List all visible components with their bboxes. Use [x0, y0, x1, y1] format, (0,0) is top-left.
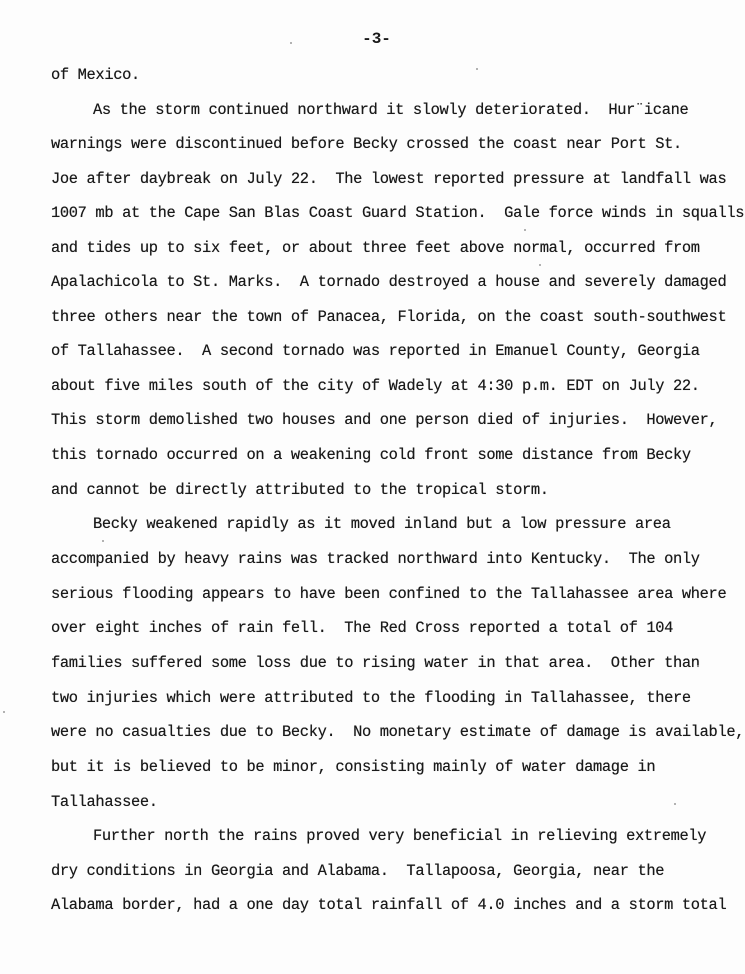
text-line: dry conditions in Georgia and Alabama. T…: [51, 862, 664, 880]
text-line: warnings were discontinued before Becky …: [51, 135, 682, 153]
text-line: Further north the rains proved very bene…: [93, 827, 706, 845]
scan-speck: [102, 540, 104, 542]
text-line: families suffered some loss due to risin…: [51, 654, 700, 672]
text-line: Becky weakened rapidly as it moved inlan…: [93, 515, 671, 533]
text-line: three others near the town of Panacea, F…: [51, 308, 726, 326]
text-line: Apalachicola to St. Marks. A tornado des…: [51, 273, 726, 291]
scan-speck: [290, 42, 292, 44]
text-line: accompanied by heavy rains was tracked n…: [51, 550, 700, 568]
text-line: Joe after daybreak on July 22. The lowes…: [51, 170, 726, 188]
text-line: of Tallahassee. A second tornado was rep…: [51, 342, 700, 360]
text-line: of Mexico.: [51, 66, 140, 84]
scan-speck: [674, 803, 676, 805]
text-line: two injuries which were attributed to th…: [51, 689, 691, 707]
text-line: and cannot be directly attributed to the…: [51, 481, 549, 499]
text-line: serious flooding appears to have been co…: [51, 585, 726, 603]
scan-speck: [539, 264, 541, 266]
text-line: about five miles south of the city of Wa…: [51, 377, 700, 395]
text-line: 1007 mb at the Cape San Blas Coast Guard…: [51, 204, 744, 222]
scan-speck: [3, 711, 5, 713]
text-line: This storm demolished two houses and one…: [51, 411, 717, 429]
scan-speck: [524, 229, 526, 231]
text-line: As the storm continued northward it slow…: [93, 101, 688, 119]
text-line: were no casualties due to Becky. No mone…: [51, 723, 744, 741]
text-line: and tides up to six feet, or about three…: [51, 239, 700, 257]
scan-speck: [476, 68, 478, 70]
text-line: Tallahassee.: [51, 793, 158, 811]
text-line: over eight inches of rain fell. The Red …: [51, 619, 673, 637]
page-number: -3-: [0, 30, 745, 48]
scan-speck: [697, 665, 699, 667]
text-line: Alabama border, had a one day total rain…: [51, 896, 726, 914]
document-page: -3- of Mexico. As the storm continued no…: [0, 0, 745, 974]
text-line: this tornado occurred on a weakening col…: [51, 446, 691, 464]
text-line: but it is believed to be minor, consisti…: [51, 758, 655, 776]
